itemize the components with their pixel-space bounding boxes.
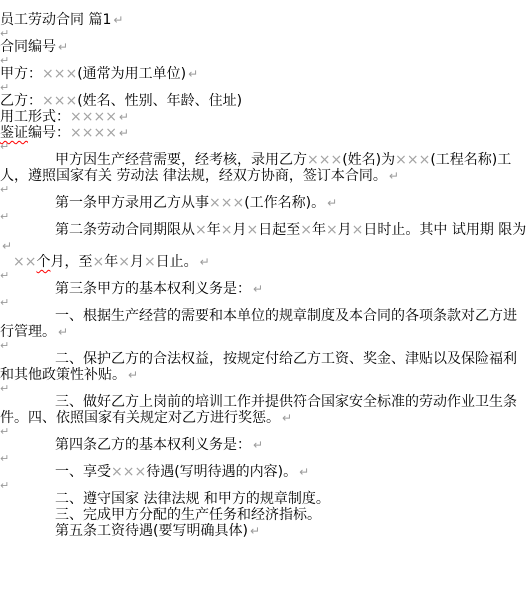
paragraph: 第五条工资待遇(要写明确具体)↵ xyxy=(0,523,529,539)
text-run: 二、保护乙方的合法权益，按规定付给乙方工资、奖金、津贴以及保险福利和其他政策性补… xyxy=(0,351,517,383)
empty-paragraph: ↵ xyxy=(0,426,529,437)
placeholder-x-run: ×××× xyxy=(70,109,117,125)
text-run: 三、完成甲方分配的生产任务和经济指标。 xyxy=(55,507,321,523)
paragraph-mark-icon: ↵ xyxy=(0,183,9,196)
text-run: 日时止。其中 试用期 限为 xyxy=(363,222,526,238)
text-run: 待遇(写明待遇的内容)。 xyxy=(146,464,297,480)
paragraph-mark-icon: ↵ xyxy=(0,479,9,492)
placeholder-x-run: × xyxy=(326,222,338,238)
paragraph-mark-icon: ↵ xyxy=(119,110,129,124)
paragraph-mark-icon: ↵ xyxy=(327,196,337,210)
empty-paragraph: ↵ xyxy=(0,453,529,464)
placeholder-x-run: ××× xyxy=(42,93,77,109)
paragraph: 一、根据生产经营的需要和本单位的规章制度及本合同的各项条款对乙方进行管理。↵ xyxy=(0,308,529,340)
empty-paragraph: ↵ xyxy=(0,270,529,281)
paragraph: 第三条甲方的基本权利义务是：↵ xyxy=(0,281,529,297)
paragraph: 甲方：×××(通常为用工单位)↵ xyxy=(0,66,529,82)
paragraph-mark-icon: ↵ xyxy=(0,382,9,395)
text-run: 甲方： xyxy=(0,66,42,82)
placeholder-x-run: × xyxy=(352,222,364,238)
empty-paragraph: ↵ xyxy=(0,141,529,152)
placeholder-x-run: ××× xyxy=(209,195,244,211)
paragraph: 二、保护乙方的合法权益，按规定付给乙方工资、奖金、津贴以及保险福利和其他政策性补… xyxy=(0,351,529,383)
paragraph-mark-icon: ↵ xyxy=(253,438,263,452)
paragraph: ××个月，至×年×月×日止。↵ xyxy=(0,254,529,270)
placeholder-x-run: ××× xyxy=(42,66,77,82)
paragraph: 鉴证编号：××××↵ xyxy=(0,125,529,141)
placeholder-x-run: ×××× xyxy=(70,125,117,141)
paragraph-mark-icon: ↵ xyxy=(0,269,9,282)
paragraph: 甲方因生产经营需要，经考核，录用乙方×××(姓名)为×××(工程名称)工人，遵照… xyxy=(0,152,529,184)
text-run: (姓名)为 xyxy=(342,152,395,168)
paragraph-mark-icon: ↵ xyxy=(253,282,263,296)
paragraph: 合同编号↵ xyxy=(0,39,529,55)
paragraph-mark-icon: ↵ xyxy=(58,325,68,339)
text-run: 编号： xyxy=(28,125,70,141)
paragraph-mark-icon: ↵ xyxy=(282,411,292,425)
paragraph-mark-icon: ↵ xyxy=(58,40,68,54)
text-run: 年 xyxy=(312,222,326,238)
text-run: 月，至 xyxy=(50,254,92,270)
paragraph-mark-icon: ↵ xyxy=(113,13,123,27)
empty-paragraph: ↵ xyxy=(0,82,529,93)
text-run: 月 xyxy=(130,254,144,270)
empty-paragraph: ↵ xyxy=(0,55,529,66)
paragraph-mark-icon: ↵ xyxy=(188,67,198,81)
placeholder-x-run: ×× xyxy=(13,254,36,270)
placeholder-x-run: ××× xyxy=(111,464,146,480)
paragraph: 乙方：×××(姓名、性别、年龄、住址) xyxy=(0,93,529,109)
empty-paragraph: ↵ xyxy=(0,480,529,491)
paragraph-mark-icon: ↵ xyxy=(299,465,309,479)
placeholder-x-run: × xyxy=(195,222,207,238)
empty-paragraph: ↵ xyxy=(0,184,529,195)
text-run: 员工劳动合同 篇1 xyxy=(0,12,111,28)
text-run: 甲方因生产经营需要，经考核，录用乙方 xyxy=(55,152,307,168)
text-run: 年 xyxy=(104,254,118,270)
text-run: 第三条甲方的基本权利义务是： xyxy=(55,281,251,297)
text-run: 二、遵守国家 法律法规 和甲方的规章制度。 xyxy=(55,491,330,507)
text-run: 第五条工资待遇(要写明确具体) xyxy=(55,523,248,539)
text-run: (通常为用工单位) xyxy=(77,66,186,82)
paragraph-mark-icon: ↵ xyxy=(0,210,9,223)
text-run: 用工形式： xyxy=(0,109,70,125)
text-run: 日止。 xyxy=(156,254,198,270)
text-run: 一、享受 xyxy=(55,464,111,480)
empty-paragraph: ↵ xyxy=(0,28,529,39)
text-run: (姓名、性别、年龄、住址) xyxy=(77,93,242,109)
misspelled-word-run: 鉴证 xyxy=(0,125,28,141)
paragraph: 第一条甲方录用乙方从事×××(工作名称)。↵ xyxy=(0,195,529,211)
text-run: 月 xyxy=(232,222,246,238)
empty-paragraph: ↵ xyxy=(0,340,529,351)
placeholder-x-run: × xyxy=(144,254,156,270)
paragraph-mark-icon: ↵ xyxy=(0,140,9,153)
paragraph-mark-icon: ↵ xyxy=(0,339,9,352)
text-run: 乙方： xyxy=(0,93,42,109)
paragraph: 二、遵守国家 法律法规 和甲方的规章制度。 xyxy=(0,491,529,507)
text-run: 合同编号 xyxy=(0,39,56,55)
paragraph: 三、完成甲方分配的生产任务和经济指标。 xyxy=(0,507,529,523)
paragraph-mark-icon: ↵ xyxy=(250,524,260,538)
paragraph: 员工劳动合同 篇1↵ xyxy=(0,12,529,28)
paragraph-mark-icon: ↵ xyxy=(200,255,210,269)
text-run: 三、做好乙方上岗前的培训工作并提供符合国家安全标准的劳动作业卫生条件。四、依照国… xyxy=(0,394,517,426)
paragraph: 第四条乙方的基本权利义务是：↵ xyxy=(0,437,529,453)
text-run: 日起至 xyxy=(258,222,300,238)
text-run: 第一条甲方录用乙方从事 xyxy=(55,195,209,211)
paragraph-mark-icon: ↵ xyxy=(2,239,12,253)
text-run: 月 xyxy=(338,222,352,238)
paragraph: 一、享受×××待遇(写明待遇的内容)。↵ xyxy=(0,464,529,480)
empty-paragraph: ↵ xyxy=(0,383,529,394)
paragraph: 三、做好乙方上岗前的培训工作并提供符合国家安全标准的劳动作业卫生条件。四、依照国… xyxy=(0,394,529,426)
paragraph-mark-icon: ↵ xyxy=(119,126,129,140)
placeholder-x-run: ××× xyxy=(395,152,430,168)
paragraph-mark-icon: ↵ xyxy=(0,425,9,438)
text-run: 第二条劳动合同期限从 xyxy=(55,222,195,238)
text-run: 一、根据生产经营的需要和本单位的规章制度及本合同的各项条款对乙方进行管理。 xyxy=(0,308,517,340)
document-page[interactable]: 员工劳动合同 篇1↵↵合同编号↵↵甲方：×××(通常为用工单位)↵↵乙方：×××… xyxy=(0,0,529,615)
paragraph: 用工形式：××××↵ xyxy=(0,109,529,125)
placeholder-x-run: × xyxy=(300,222,312,238)
placeholder-x-run: × xyxy=(246,222,258,238)
misspelled-word-run: 个 xyxy=(36,254,50,270)
paragraph-mark-icon: ↵ xyxy=(389,169,399,183)
placeholder-x-run: × xyxy=(92,254,104,270)
text-run: 年 xyxy=(207,222,221,238)
text-run: 第四条乙方的基本权利义务是： xyxy=(55,437,251,453)
placeholder-x-run: ××× xyxy=(307,152,342,168)
paragraph-mark-icon: ↵ xyxy=(128,368,138,382)
placeholder-x-run: × xyxy=(221,222,233,238)
empty-paragraph: ↵ xyxy=(0,297,529,308)
placeholder-x-run: × xyxy=(118,254,130,270)
paragraph: 第二条劳动合同期限从×年×月×日起至×年×月×日时止。其中 试用期 限为↵ xyxy=(0,222,529,254)
paragraph-mark-icon: ↵ xyxy=(0,452,9,465)
paragraph-mark-icon: ↵ xyxy=(0,296,9,309)
text-run: (工作名称)。 xyxy=(244,195,325,211)
empty-paragraph: ↵ xyxy=(0,211,529,222)
